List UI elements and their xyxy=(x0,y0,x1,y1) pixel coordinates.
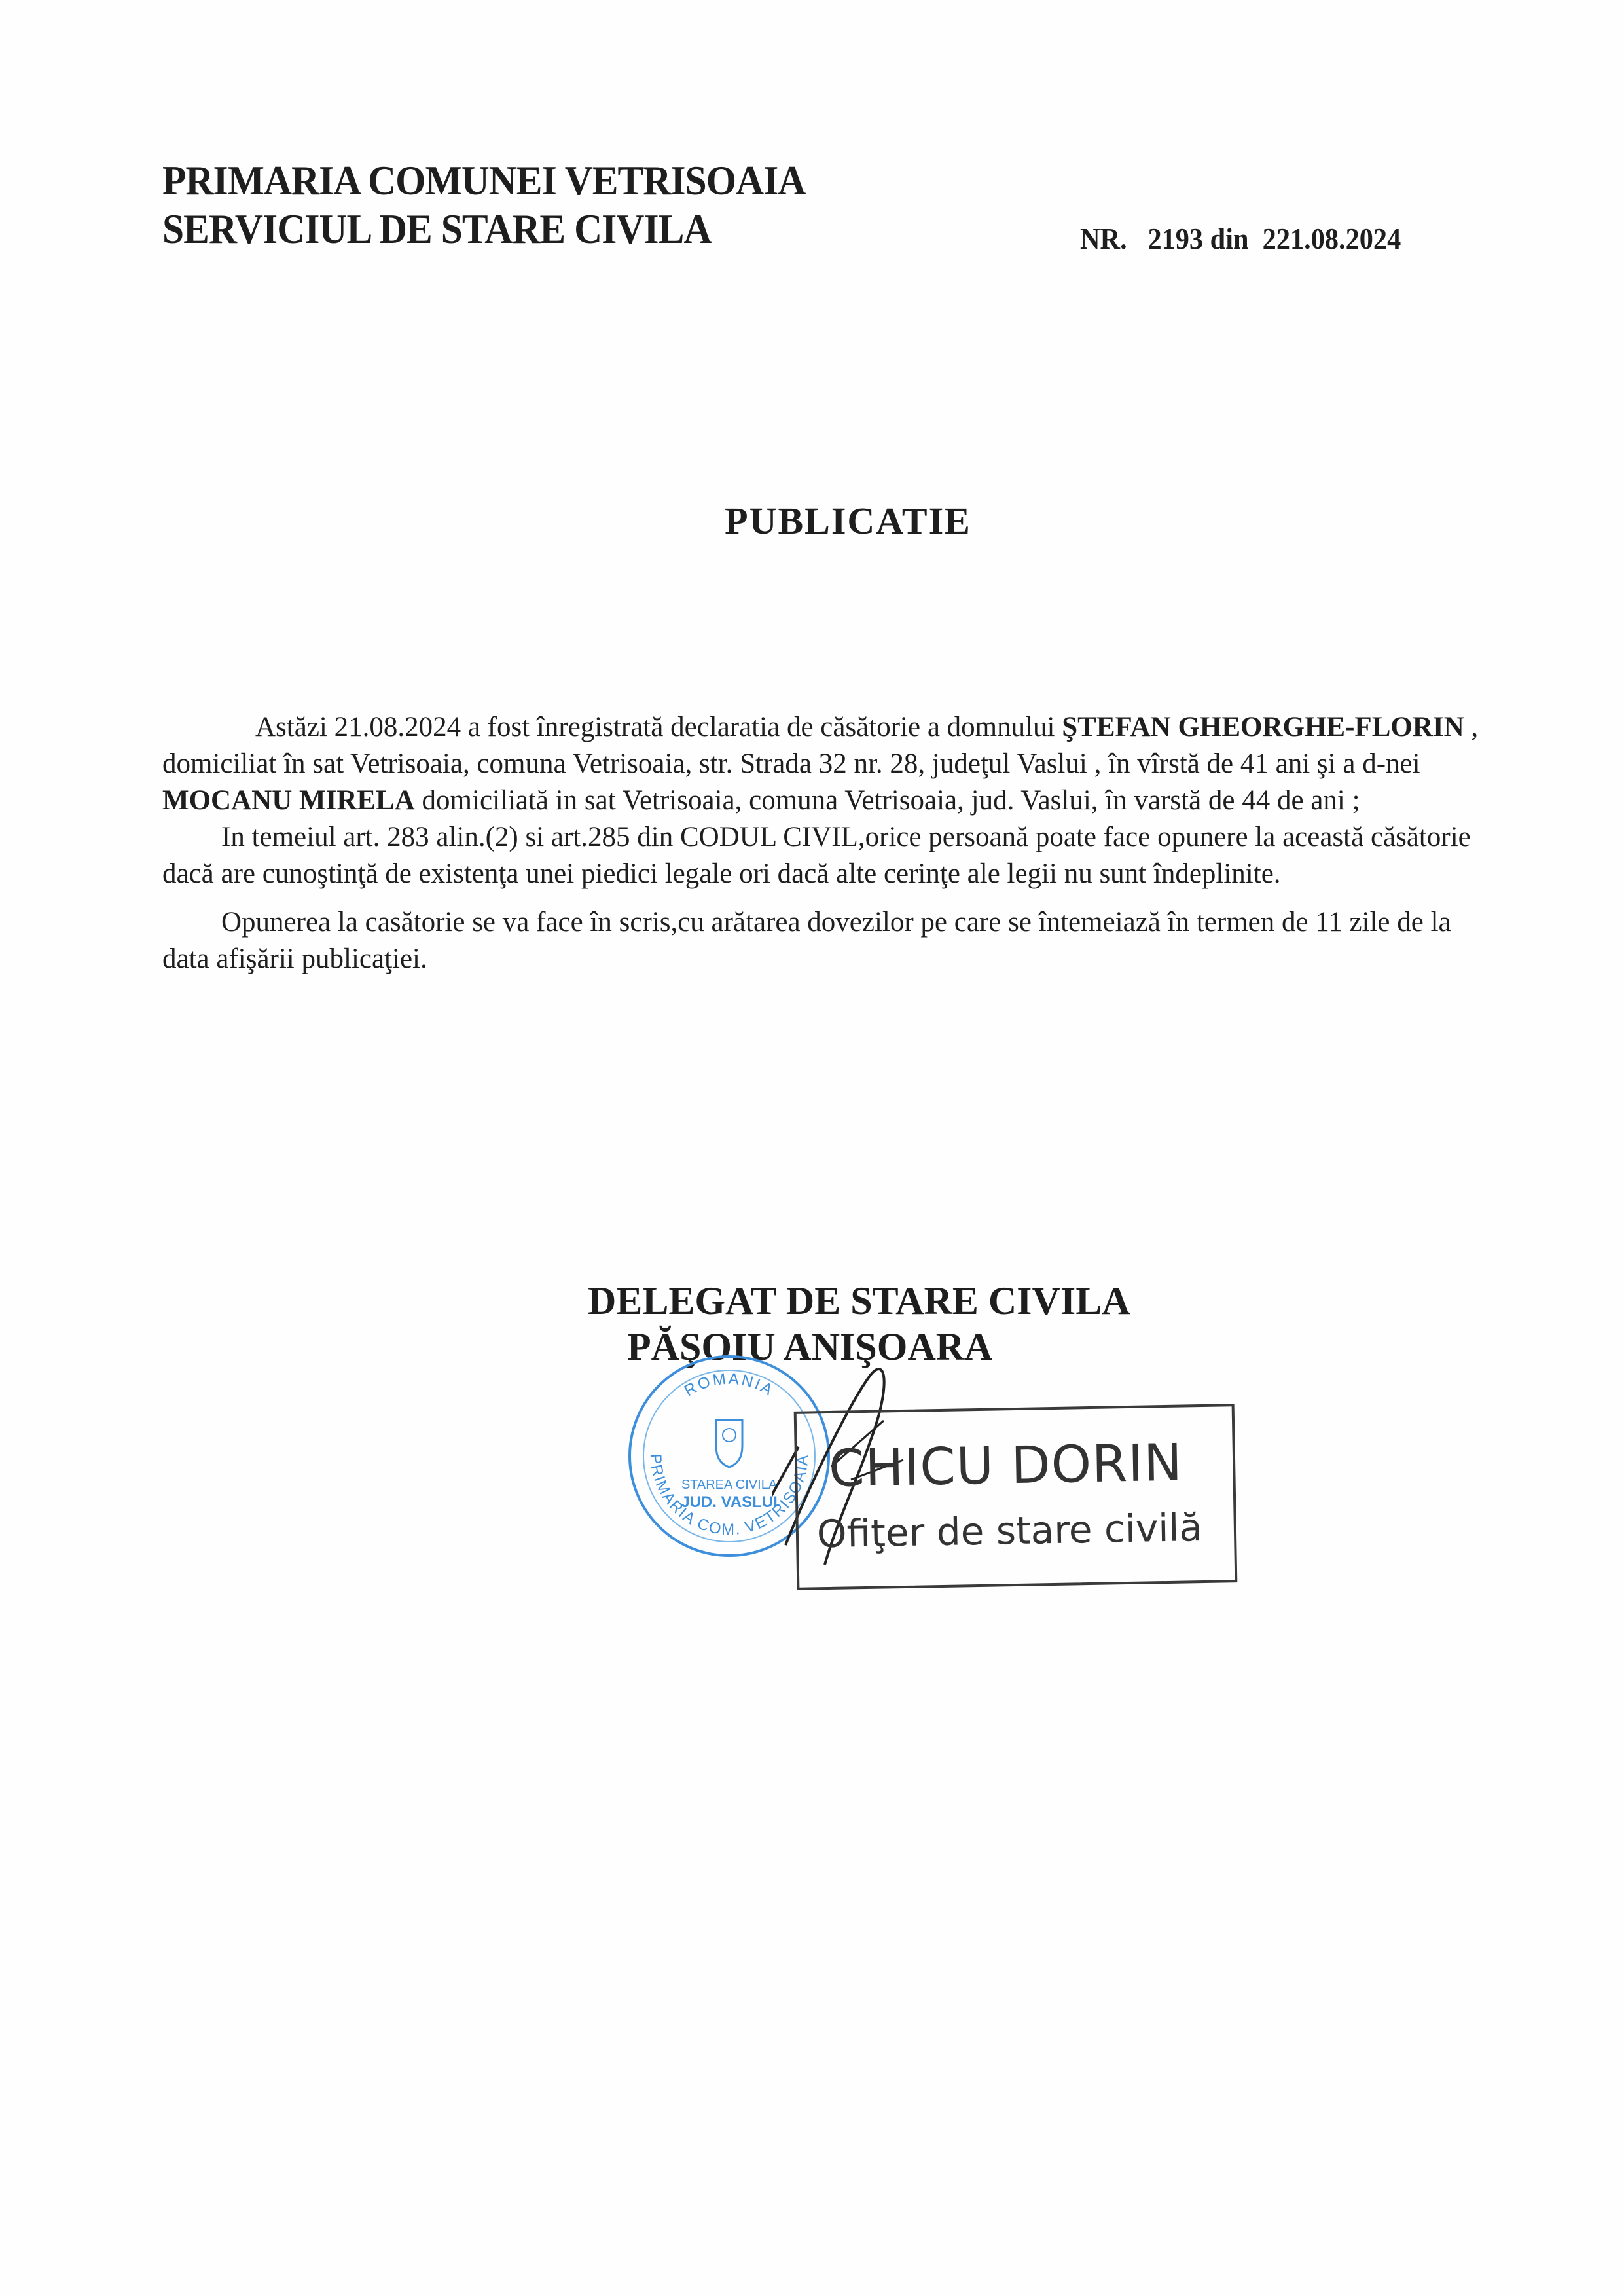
declaration-paragraph: Astăzi 21.08.2024 a fost înregistrată de… xyxy=(162,709,1504,819)
legal-basis-paragraph: In temeiul art. 283 alin.(2) si art.285 … xyxy=(162,819,1504,892)
institution-header: PRIMARIA COMUNEI VETRISOAIA xyxy=(162,160,805,202)
publication-body: Astăzi 21.08.2024 a fost înregistrată de… xyxy=(162,709,1504,977)
document-page: PRIMARIA COMUNEI VETRISOAIA SERVICIUL DE… xyxy=(0,0,1624,2296)
svg-text:JUD. VASLUI: JUD. VASLUI xyxy=(681,1493,778,1511)
officer-role: Ofiţer de stare civilă xyxy=(816,1505,1202,1556)
svg-text:STAREA CIVILA: STAREA CIVILA xyxy=(681,1478,778,1492)
registration-number: NR. 2193 din 221.08.2024 xyxy=(1080,221,1401,256)
bride-name: MOCANU MIRELA xyxy=(162,785,415,816)
document-title: PUBLICATIE xyxy=(0,499,1624,543)
opposition-paragraph: Opunerea la casătorie se va face în scri… xyxy=(162,904,1504,977)
svg-text:ROMANIA: ROMANIA xyxy=(681,1370,777,1400)
officer-name: CHICU DORIN xyxy=(828,1434,1183,1499)
officer-stamp: CHICU DORIN Ofiţer de stare civilă xyxy=(794,1404,1238,1590)
department-header: SERVICIUL DE STARE CIVILA xyxy=(162,208,711,250)
groom-name: ŞTEFAN GHEORGHE-FLORIN xyxy=(1062,712,1464,742)
signatory-role: DELEGAT DE STARE CIVILA xyxy=(588,1279,1130,1322)
